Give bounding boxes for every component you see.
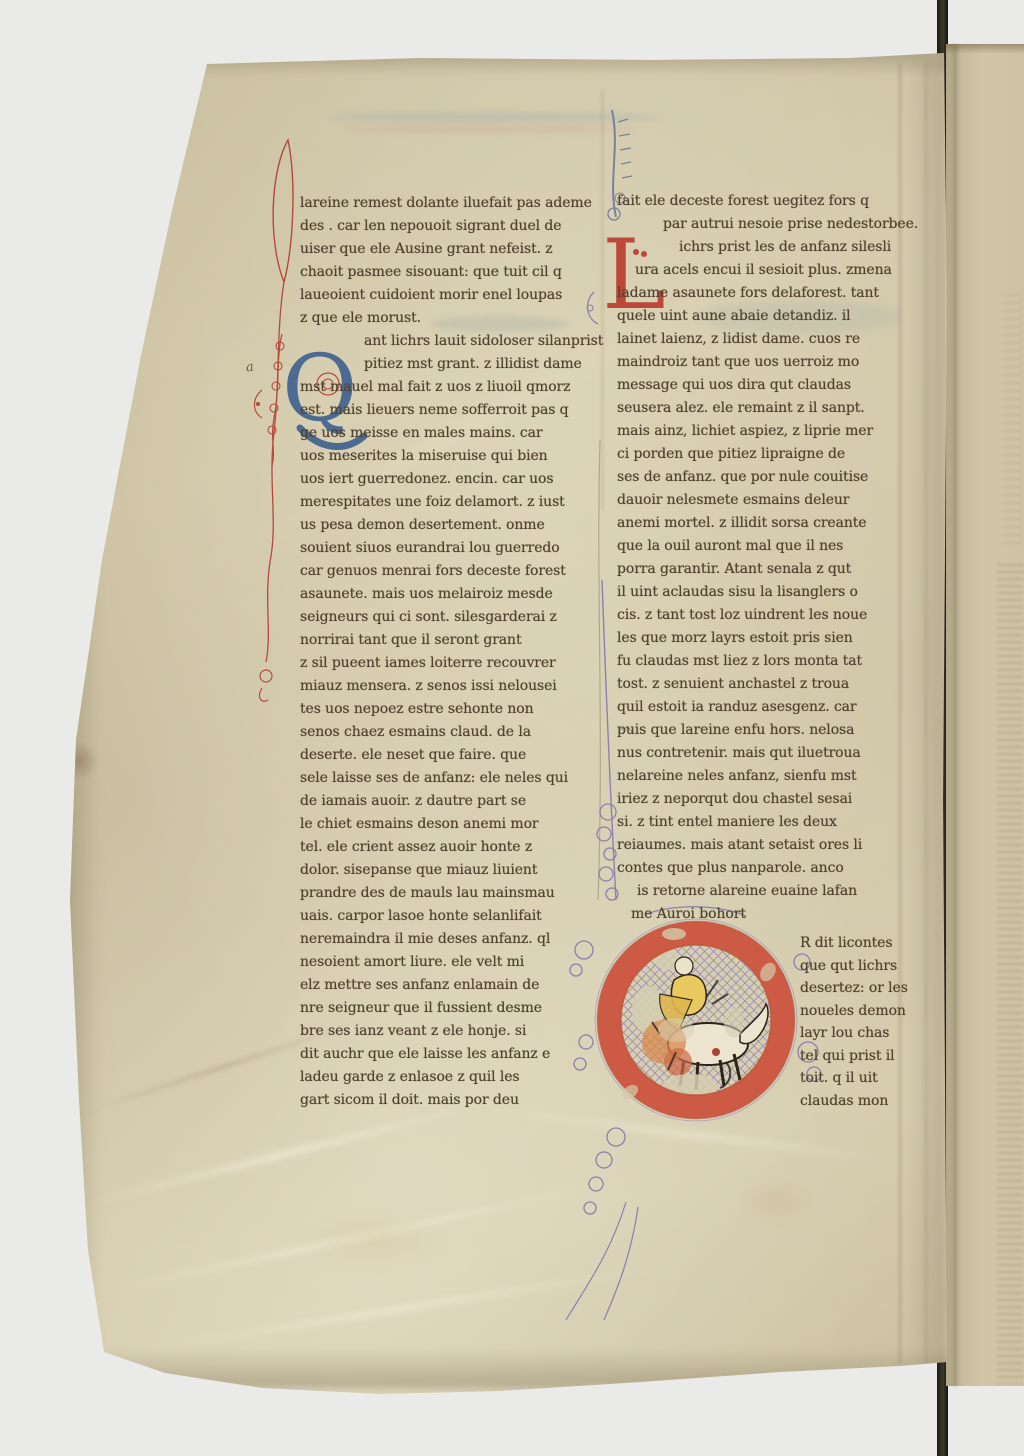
text-line: dolor. sisepanse que miauz liuient — [300, 859, 600, 882]
text-line: chaoit pasmee sisouant: que tuit cil q — [300, 261, 600, 284]
leaf-edge-shade-left — [58, 60, 100, 1380]
text-line: dit auchr que ele laisse les anfanz e — [300, 1043, 600, 1066]
text-line: ci porden que pitiez lipraigne de — [617, 443, 917, 466]
text-line: est. mais lieuers neme sofferroit pas q — [300, 399, 600, 422]
facing-leaf — [946, 44, 1024, 1386]
text-line: des . car len nepouoit sigrant duel de — [300, 215, 600, 238]
text-line: uos meserites la miseruise qui bien — [300, 445, 600, 468]
text-line: me Auroi bohort — [617, 903, 917, 926]
text-line: par autrui nesoie prise nedestorbee. — [617, 213, 917, 236]
showthrough-text-strip-faint — [1002, 294, 1022, 544]
text-line: ichrs prist les de anfanz silesli — [617, 236, 917, 259]
text-line: deserte. ele neset que faire. que — [300, 744, 600, 767]
text-line: si. z tint entel maniere les deux — [617, 811, 917, 834]
text-column-right: fait ele deceste forest uegitez fors qpa… — [617, 190, 917, 926]
text-line: merespitates une foiz delamort. z iust — [300, 491, 600, 514]
text-line: nre seigneur que il fussient desme — [300, 997, 600, 1020]
text-line: quil estoit ia randuz asesgenz. car — [617, 696, 917, 719]
text-line: ses de anfanz. que por nule couitise — [617, 466, 917, 489]
text-line: neremaindra il mie deses anfanz. ql — [300, 928, 600, 951]
text-line: mais ainz, lichiet aspiez, z liprie mer — [617, 420, 917, 443]
text-line: ladeu garde z enlasoe z quil les — [300, 1066, 600, 1089]
text-column-left: lareine remest dolante iluefait pas adem… — [300, 192, 600, 1112]
stain — [300, 1210, 450, 1270]
text-line: lareine remest dolante iluefait pas adem… — [300, 192, 600, 215]
parchment-leaf: Q a L — [0, 0, 1024, 1456]
stain — [62, 742, 98, 780]
text-line: nelareine neles anfanz, sienfu mst — [617, 765, 917, 788]
text-line: z que ele morust. — [300, 307, 600, 330]
text-line: fait ele deceste forest uegitez fors q — [617, 190, 917, 213]
leaf-edge-shade-top — [60, 50, 960, 76]
showthrough-text-strip — [997, 564, 1023, 1384]
text-line: pitiez mst grant. z illidist dame — [300, 353, 600, 376]
text-line: reiaumes. mais atant setaist ores li — [617, 834, 917, 857]
text-line: uais. carpor lasoe honte selanlifait — [300, 905, 600, 928]
stain — [78, 446, 126, 500]
text-line: norrirai tant que il seront grant — [300, 629, 600, 652]
text-line: fu claudas mst liez z lors monta tat — [617, 650, 917, 673]
facing-leaf-fold — [950, 44, 960, 1386]
text-line: quele uint aune abaie detandiz. il — [617, 305, 917, 328]
text-line: nus contretenir. mais qut iluetroua — [617, 742, 917, 765]
text-line: ant lichrs lauit sidoloser silanprist — [300, 330, 600, 353]
text-line: anemi mortel. z illidit sorsa creante — [617, 512, 917, 535]
text-line: z sil pueent iames loiterre recouvrer — [300, 652, 600, 675]
text-line: tel. ele crient assez auoir honte z — [300, 836, 600, 859]
text-line: tost. z senuient anchastel z troua — [617, 673, 917, 696]
text-line: les que morz layrs estoit pris sien — [617, 627, 917, 650]
text-line: senos chaez esmains claud. de la — [300, 721, 600, 744]
text-line: sele laisse ses de anfanz: ele neles qui — [300, 767, 600, 790]
text-line: elz mettre ses anfanz enlamain de — [300, 974, 600, 997]
text-line: tes uos nepoez estre sehonte non — [300, 698, 600, 721]
text-line: que la ouil auront mal que il nes — [617, 535, 917, 558]
crease-vertical — [923, 64, 929, 1364]
text-line: de iamais auoir. z dautre part se — [300, 790, 600, 813]
text-line: nesoient amort liure. ele velt mi — [300, 951, 600, 974]
text-line: seusera alez. ele remaint z il sanpt. — [617, 397, 917, 420]
text-line: maindroiz tant que uos uerroiz mo — [617, 351, 917, 374]
text-line: uos iert guerredonez. encin. car uos — [300, 468, 600, 491]
text-line: prandre des de mauls lau mainsmau — [300, 882, 600, 905]
text-line: uiser que ele Ausine grant nefeist. z — [300, 238, 600, 261]
leaf-edge-shade-bottom — [80, 1348, 960, 1388]
text-line: seigneurs qui ci sont. silesgarderai z — [300, 606, 600, 629]
text-line: asaunete. mais uos melairoiz mesde — [300, 583, 600, 606]
text-line: message qui uos dira qut claudas — [617, 374, 917, 397]
text-line: lainet laienz, z lidist dame. cuos re — [617, 328, 917, 351]
text-line: car genuos menrai fors deceste forest — [300, 560, 600, 583]
text-line: is retorne alareine euaine lafan — [617, 880, 917, 903]
text-line: cis. z tant tost loz uindrent les noue — [617, 604, 917, 627]
text-line: mst mauel mal fait z uos z liuoil qmorz — [300, 376, 600, 399]
text-line: miauz mensera. z senos issi nelousei — [300, 675, 600, 698]
text-line: il uint aclaudas sisu la lisanglers o — [617, 581, 917, 604]
text-line: dauoir nelesmete esmains deleur — [617, 489, 917, 512]
crease — [75, 1098, 494, 1210]
text-line: le chiet esmains deson anemi mor — [300, 813, 600, 836]
text-line: ge uos meisse en males mains. car — [300, 422, 600, 445]
text-line: bre ses ianz veant z ele honje. si — [300, 1020, 600, 1043]
text-line: gart sicom il doit. mais por deu — [300, 1089, 600, 1112]
text-line: us pesa demon desertement. onme — [300, 514, 600, 537]
text-line: ura acels encui il sesioit plus. zmena — [617, 259, 917, 282]
text-line: souient siuos eurandrai lou guerredo — [300, 537, 600, 560]
text-line: puis que lareine enfu hors. nelosa — [617, 719, 917, 742]
text-line: porra garantir. Atant senala z qut — [617, 558, 917, 581]
text-line: laueoient cuidoient morir enel loupas — [300, 284, 600, 307]
text-line: iriez z neporqut dou chastel sesai — [617, 788, 917, 811]
text-line: ladame asaunete fors delaforest. tant — [617, 282, 917, 305]
text-line: contes que plus nanparole. anco — [617, 857, 917, 880]
